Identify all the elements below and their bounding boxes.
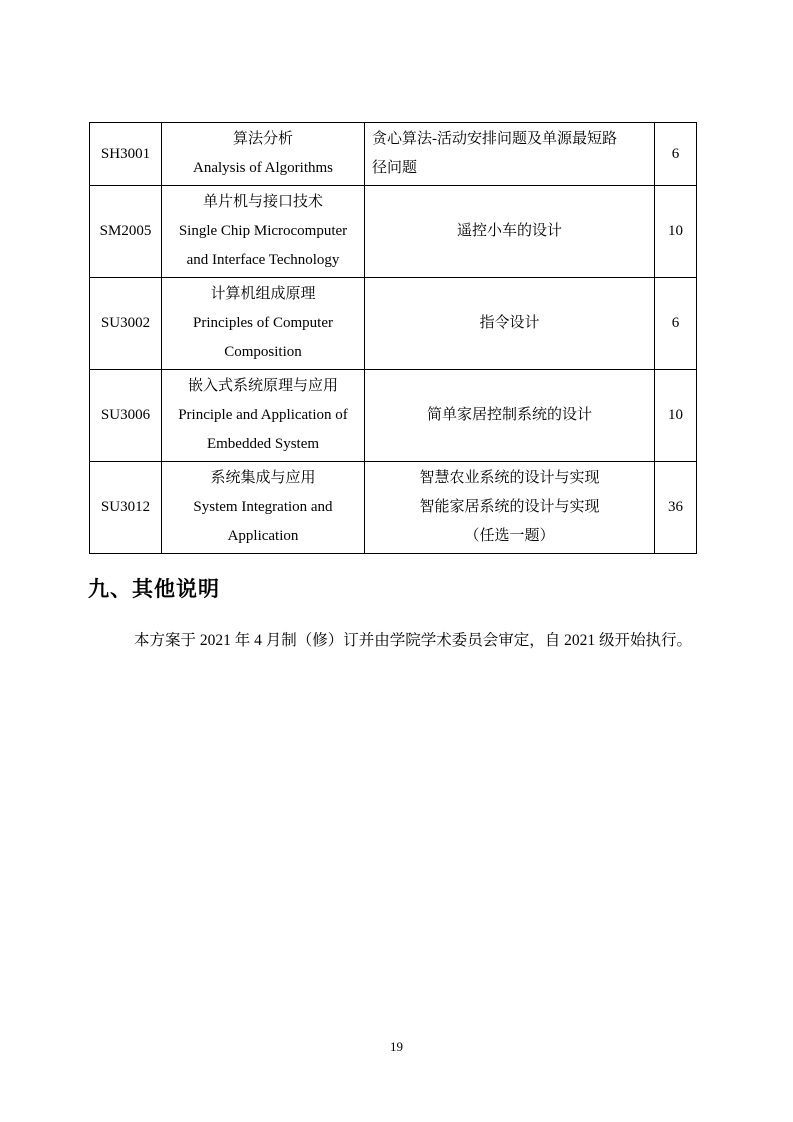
course-name-line: Embedded System [166,430,360,459]
section-heading: 九、其他说明 [88,573,220,603]
course-project-line: 简单家居控制系统的设计 [369,401,650,430]
course-name-line: Analysis of Algorithms [166,154,360,183]
course-code-cell: SM2005 [90,186,162,278]
course-project-cell: 智慧农业系统的设计与实现智能家居系统的设计与实现（任选一题） [365,462,655,554]
course-project-line: 指令设计 [369,309,650,338]
course-project-cell: 贪心算法-活动安排问题及单源最短路径问题 [365,123,655,186]
course-name-line: Composition [166,338,360,367]
course-project-line: 智慧农业系统的设计与实现 [369,464,650,493]
course-name-cell: 算法分析Analysis of Algorithms [162,123,365,186]
course-hours-cell: 10 [655,370,697,462]
section-paragraph: 本方案于 2021 年 4 月制（修）订并由学院学术委员会审定，自 2021 级… [90,629,692,652]
course-table: SH3001算法分析Analysis of Algorithms贪心算法-活动安… [89,122,697,554]
course-name-line: 嵌入式系统原理与应用 [166,372,360,401]
course-name-line: Application [166,522,360,551]
course-code-cell: SU3012 [90,462,162,554]
course-project-cell: 遥控小车的设计 [365,186,655,278]
course-name-cell: 计算机组成原理Principles of ComputerComposition [162,278,365,370]
course-name-line: 计算机组成原理 [166,280,360,309]
course-project-line: 径问题 [372,154,649,183]
course-hours-cell: 36 [655,462,697,554]
table-row: SM2005单片机与接口技术Single Chip Microcomputera… [90,186,697,278]
course-name-cell: 嵌入式系统原理与应用Principle and Application ofEm… [162,370,365,462]
course-name-line: 算法分析 [166,125,360,154]
document-page: SH3001算法分析Analysis of Algorithms贪心算法-活动安… [0,0,793,1122]
course-name-line: 单片机与接口技术 [166,188,360,217]
table-row: SU3006嵌入式系统原理与应用Principle and Applicatio… [90,370,697,462]
course-project-line: 贪心算法-活动安排问题及单源最短路 [372,125,649,154]
course-name-line: Single Chip Microcomputer [166,217,360,246]
course-project-cell: 指令设计 [365,278,655,370]
course-name-cell: 系统集成与应用System Integration andApplication [162,462,365,554]
course-code-cell: SU3006 [90,370,162,462]
course-project-line: （任选一题） [369,522,650,551]
course-code-cell: SU3002 [90,278,162,370]
course-name-line: and Interface Technology [166,246,360,275]
course-code-cell: SH3001 [90,123,162,186]
course-project-cell: 简单家居控制系统的设计 [365,370,655,462]
course-name-line: Principle and Application of [166,401,360,430]
course-name-line: 系统集成与应用 [166,464,360,493]
course-project-line: 遥控小车的设计 [369,217,650,246]
course-hours-cell: 10 [655,186,697,278]
table-row: SU3002计算机组成原理Principles of ComputerCompo… [90,278,697,370]
page-number: 19 [0,1039,793,1055]
table-row: SH3001算法分析Analysis of Algorithms贪心算法-活动安… [90,123,697,186]
course-hours-cell: 6 [655,123,697,186]
course-hours-cell: 6 [655,278,697,370]
course-name-line: System Integration and [166,493,360,522]
course-project-line: 智能家居系统的设计与实现 [369,493,650,522]
course-name-cell: 单片机与接口技术Single Chip Microcomputerand Int… [162,186,365,278]
table-row: SU3012系统集成与应用System Integration andAppli… [90,462,697,554]
course-table-body: SH3001算法分析Analysis of Algorithms贪心算法-活动安… [90,123,697,554]
course-name-line: Principles of Computer [166,309,360,338]
